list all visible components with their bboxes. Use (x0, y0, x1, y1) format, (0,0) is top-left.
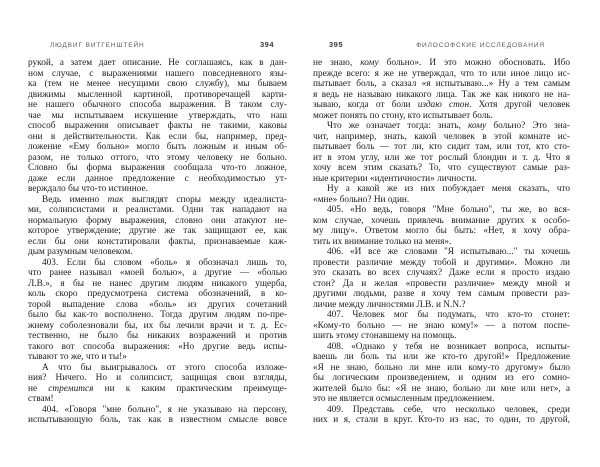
text-line: прежде всего: я же не утверждал, что то … (313, 69, 570, 80)
book-title-running-head: ФИЛОСОФСКИЕ ИССЛЕДОВАНИЯ (416, 42, 545, 49)
text-line: способ выражения описывает факты не таки… (28, 121, 287, 132)
text-line: дым разумным человеком. (28, 247, 287, 258)
text-line: может понять по стону, кто испытывает бо… (313, 111, 570, 122)
text-line: нормальную форму выражения, словно они а… (28, 216, 287, 227)
text-line: ные критерии «идентичности» личности. (313, 174, 570, 185)
text-line: испытывающую боль, так как в известном с… (28, 415, 287, 426)
text-line: не знаю, кому больно». И это можно обосн… (313, 58, 570, 69)
left-page-body: рукой, а затем дает описание. Не соглаша… (28, 58, 287, 426)
text-line: 409. Представь себе, что несколько челов… (313, 405, 570, 416)
text-line: пытывает боль, а сказал «я испытываю...»… (313, 79, 570, 90)
left-page-number: 394 (260, 40, 274, 49)
text-line: 408. «Однако у тебя не возникает вопроса… (313, 342, 570, 353)
text-line: это сказать во всех случаях? Даже если я… (313, 268, 570, 279)
text-line: Ведь именно так выглядят споры между иде… (28, 195, 287, 206)
text-line: них и я, стали в круг. Кто-то из нас, то… (313, 415, 570, 426)
text-line: ком случае, хочешь привлечь внимание дру… (313, 216, 570, 227)
left-page: ЛЮДВИГ ВИТГЕНШТЕЙН 394 рукой, а затем да… (28, 40, 287, 426)
right-page: 395 ФИЛОСОФСКИЕ ИССЛЕДОВАНИЯ не знаю, ко… (313, 40, 570, 426)
left-running-head-row: ЛЮДВИГ ВИТГЕНШТЕЙН 394 (28, 40, 287, 51)
text-line: Л.В.», я бы не нанес другим людям никако… (28, 279, 287, 290)
text-line: ваешь ли боль ты или же кто-то другой!» … (313, 352, 570, 363)
text-line: ния? Ничего. Но и солипсист, защищая сво… (28, 373, 287, 384)
text-line: жнему соболезновали бы, их бы лечили вра… (28, 321, 287, 332)
text-line: хочу всем этим сказать? То, что существу… (313, 163, 570, 174)
text-line: бы логическим произведением, и одним из … (313, 373, 570, 384)
text-line: стон? Да и желая «провести различие» меж… (313, 279, 570, 290)
text-line: тить их внимание только на меня». (313, 237, 570, 248)
text-line: я ведь не называю никакого лица. Так же … (313, 90, 570, 101)
text-line: 405. «Но ведь, говоря "Мне больно", ты ж… (313, 205, 570, 216)
text-line: 406. «И все же словами "Я испытываю..." … (313, 247, 570, 258)
right-page-number: 395 (329, 40, 343, 49)
text-line: жителей было бы: «Я не знаю, больно ли м… (313, 384, 570, 395)
text-line: рукой, а затем дает описание. Не соглаша… (28, 58, 287, 69)
text-line: А что бы выигрывалось от этого способа и… (28, 363, 287, 374)
text-line: 407. Человек мог бы подумать, что кто-то… (313, 310, 570, 321)
right-page-body: не знаю, кому больно». И это можно обосн… (313, 58, 570, 426)
text-line: Ну а какой же из них побуждает меня сказ… (313, 184, 570, 195)
text-line: ка (тем не менее несущими свою службу), … (28, 79, 287, 90)
text-line: которое утверждение; другие же так защищ… (28, 226, 287, 237)
text-line: 404. «Говоря "мне больно", я не указываю… (28, 405, 287, 416)
text-line: «Я не знаю, больно ли мне или кому-то др… (313, 363, 570, 374)
text-line: такого вот способа выражения: «Но другие… (28, 342, 287, 353)
text-line: не стремится ни к каким практическим пре… (28, 384, 287, 395)
text-line: что ранее называл «моей болью», а другие… (28, 268, 287, 279)
text-line: тывают то же, что и ты!» (28, 352, 287, 363)
text-line: не нашего обычного способа выражения. В … (28, 100, 287, 111)
text-line: движимы мысленной картиной, противоречащ… (28, 90, 287, 101)
text-line: даже если данное предложение с необходим… (28, 174, 287, 185)
text-line: чае мы испытываем искушение утверждать, … (28, 111, 287, 122)
text-line: ствам! (28, 394, 287, 405)
text-line: коль скоро предусмотрена система обознач… (28, 289, 287, 300)
text-line: 403. Если бы словом «боль» я обозначал л… (28, 258, 287, 269)
text-line: му лицу». Ответом могло бы быть: «Нет, я… (313, 226, 570, 237)
text-line: если бы они констатировали факты, призна… (28, 237, 287, 248)
text-line: было бы как-то восполнено. Тогда другим … (28, 310, 287, 321)
text-line: верждало бы что-то истинное. (28, 184, 287, 195)
text-line: «мне» больно? Ни один. (313, 195, 570, 206)
text-line: Словно бы форма выражения сообщала что-т… (28, 163, 287, 174)
text-line: пытывает боль — тот ли, кто сидит там, и… (313, 142, 570, 153)
text-line: это не является осмысленным предложением… (313, 394, 570, 405)
text-line: шить этому стонавшему на помощь. (313, 331, 570, 342)
book-scan: { "book": { "left_page": { "running_head… (0, 0, 600, 467)
text-line: Что же означает тогда: знать, кому больн… (313, 121, 570, 132)
text-line: ит в этом углу, или же тот рослый блонди… (313, 153, 570, 164)
text-line: чит, например, знать, какой человек в эт… (313, 132, 570, 143)
text-line: тественно, не было бы никаких возражений… (28, 331, 287, 342)
text-line: ми, солипсистами и реалистами. Одни так … (28, 205, 287, 216)
text-line: другими людьми, разве я хочу тем самым п… (313, 289, 570, 300)
text-line: ложение «Ему больно» могло быть ложным и… (28, 142, 287, 153)
text-line: разом, не только оттого, что этому челов… (28, 153, 287, 164)
text-line: ном случае, с выражениями нашего повседн… (28, 69, 287, 80)
text-line: провести различие между тобой и другими»… (313, 258, 570, 269)
text-line: торой выпадение слова «боль» из других с… (28, 300, 287, 311)
text-line: зываю, когда от боли издаю стон. Хотя др… (313, 100, 570, 111)
text-line: «Кому-то больно — не знаю кому!» — а пот… (313, 321, 570, 332)
right-running-head-row: 395 ФИЛОСОФСКИЕ ИССЛЕДОВАНИЯ (313, 40, 570, 51)
text-line: личие между личностями Л.В. и N.N.? (313, 300, 570, 311)
text-line: они в действительности. Как если бы, нап… (28, 132, 287, 143)
author-running-head: ЛЮДВИГ ВИТГЕНШТЕЙН (50, 42, 145, 49)
